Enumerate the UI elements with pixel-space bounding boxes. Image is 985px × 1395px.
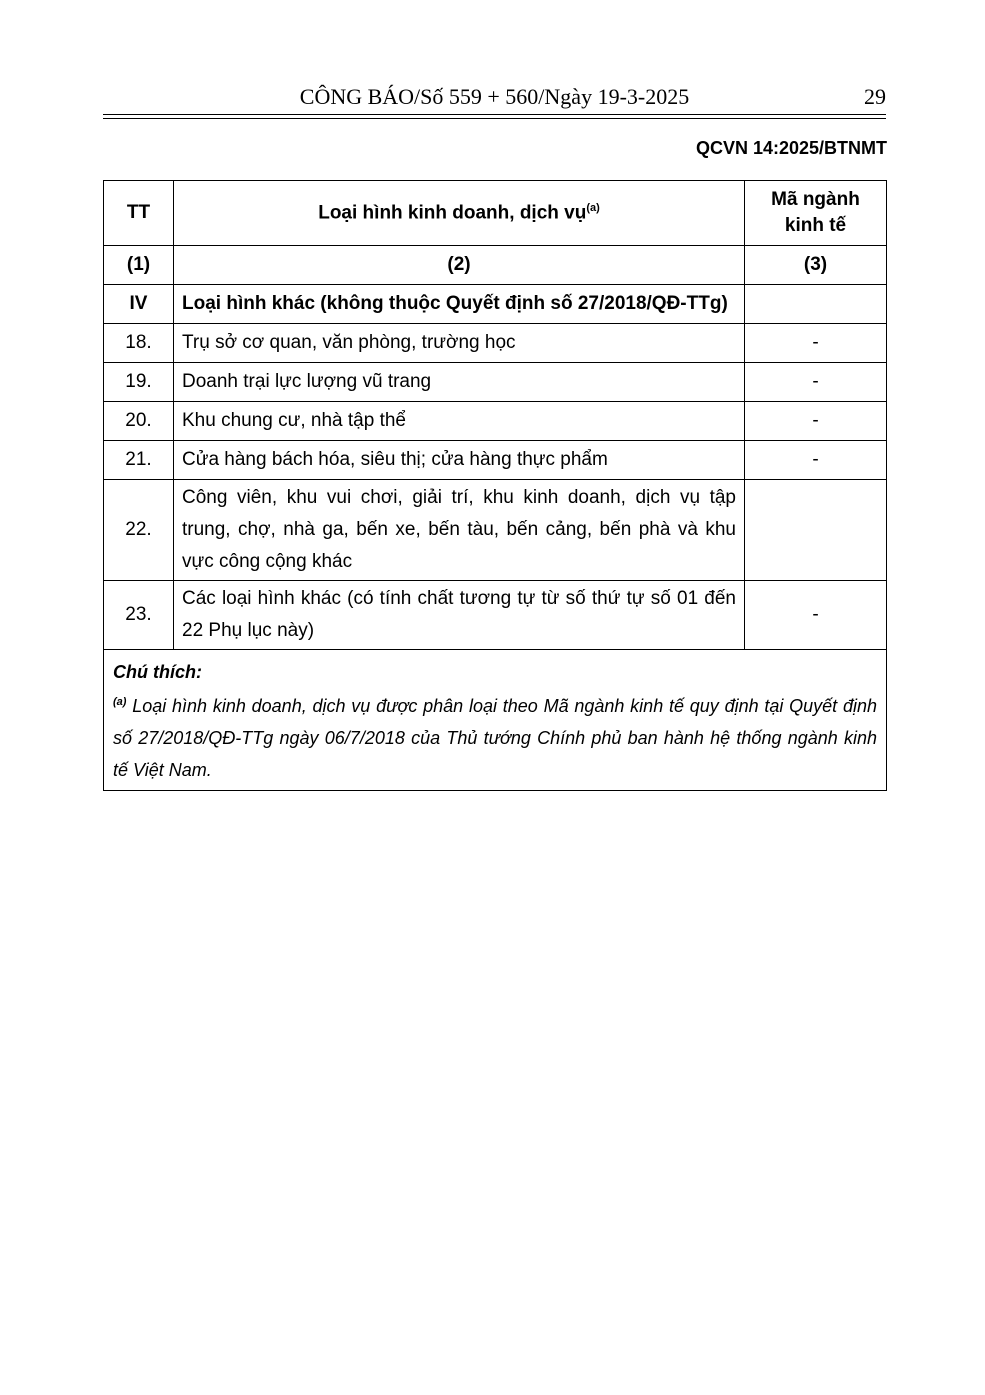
business-type-table: TT Loại hình kinh doanh, dịch vụ(a) Mã n…: [103, 180, 887, 791]
row-code: -: [745, 363, 887, 402]
column-header-economic-code: Mã ngànhkinh tế: [745, 181, 887, 246]
table-row: 20. Khu chung cư, nhà tập thể -: [104, 402, 887, 441]
row-tt: 18.: [104, 324, 174, 363]
column-number: (2): [174, 246, 745, 285]
row-tt: 23.: [104, 581, 174, 650]
table-row: 22. Công viên, khu vui chơi, giải trí, k…: [104, 480, 887, 581]
row-type: Công viên, khu vui chơi, giải trí, khu k…: [174, 480, 745, 581]
table-row: 23. Các loại hình khác (có tính chất tươ…: [104, 581, 887, 650]
row-code: -: [745, 324, 887, 363]
row-type: Cửa hàng bách hóa, siêu thị; cửa hàng th…: [174, 441, 745, 480]
page-number: 29: [864, 84, 886, 110]
row-code: -: [745, 402, 887, 441]
row-tt: 22.: [104, 480, 174, 581]
row-type: Trụ sở cơ quan, văn phòng, trường học: [174, 324, 745, 363]
page-header: CÔNG BÁO/Số 559 + 560/Ngày 19-3-2025 29: [103, 84, 886, 110]
document-code: QCVN 14:2025/BTNMT: [696, 137, 887, 159]
table-row: 19. Doanh trại lực lượng vũ trang -: [104, 363, 887, 402]
note-title: Chú thích:: [113, 658, 877, 686]
column-number-row: (1) (2) (3): [104, 246, 887, 285]
row-type: Khu chung cư, nhà tập thể: [174, 402, 745, 441]
section-row: IV Loại hình khác (không thuộc Quyết địn…: [104, 285, 887, 324]
column-number: (3): [745, 246, 887, 285]
row-tt: 21.: [104, 441, 174, 480]
note-cell: Chú thích: (a) Loại hình kinh doanh, dịc…: [104, 650, 887, 791]
column-number: (1): [104, 246, 174, 285]
note-row: Chú thích: (a) Loại hình kinh doanh, dịc…: [104, 650, 887, 791]
column-header-business-type: Loại hình kinh doanh, dịch vụ(a): [174, 181, 745, 246]
gazette-title: CÔNG BÁO/Số 559 + 560/Ngày 19-3-2025: [103, 84, 886, 110]
row-code: [745, 480, 887, 581]
footnote-marker: (a): [586, 202, 599, 214]
section-code: [745, 285, 887, 324]
section-number: IV: [104, 285, 174, 324]
column-header-tt: TT: [104, 181, 174, 246]
column-header-economic-code-line2: kinh tế: [785, 215, 846, 236]
note-body: (a) Loại hình kinh doanh, dịch vụ được p…: [113, 686, 877, 786]
row-code: -: [745, 581, 887, 650]
table-row: 18. Trụ sở cơ quan, văn phòng, trường họ…: [104, 324, 887, 363]
table-row: 21. Cửa hàng bách hóa, siêu thị; cửa hàn…: [104, 441, 887, 480]
table-header-row: TT Loại hình kinh doanh, dịch vụ(a) Mã n…: [104, 181, 887, 246]
header-divider-top: [103, 114, 886, 115]
column-header-economic-code-line1: Mã ngành: [771, 189, 860, 210]
row-type: Các loại hình khác (có tính chất tương t…: [174, 581, 745, 650]
row-tt: 19.: [104, 363, 174, 402]
row-code: -: [745, 441, 887, 480]
header-divider-bottom: [103, 118, 886, 119]
note-marker: (a): [113, 696, 126, 708]
section-title: Loại hình khác (không thuộc Quyết định s…: [174, 285, 745, 324]
row-type: Doanh trại lực lượng vũ trang: [174, 363, 745, 402]
note-text: Loại hình kinh doanh, dịch vụ được phân …: [113, 696, 877, 780]
column-header-business-type-label: Loại hình kinh doanh, dịch vụ: [318, 202, 586, 223]
row-tt: 20.: [104, 402, 174, 441]
